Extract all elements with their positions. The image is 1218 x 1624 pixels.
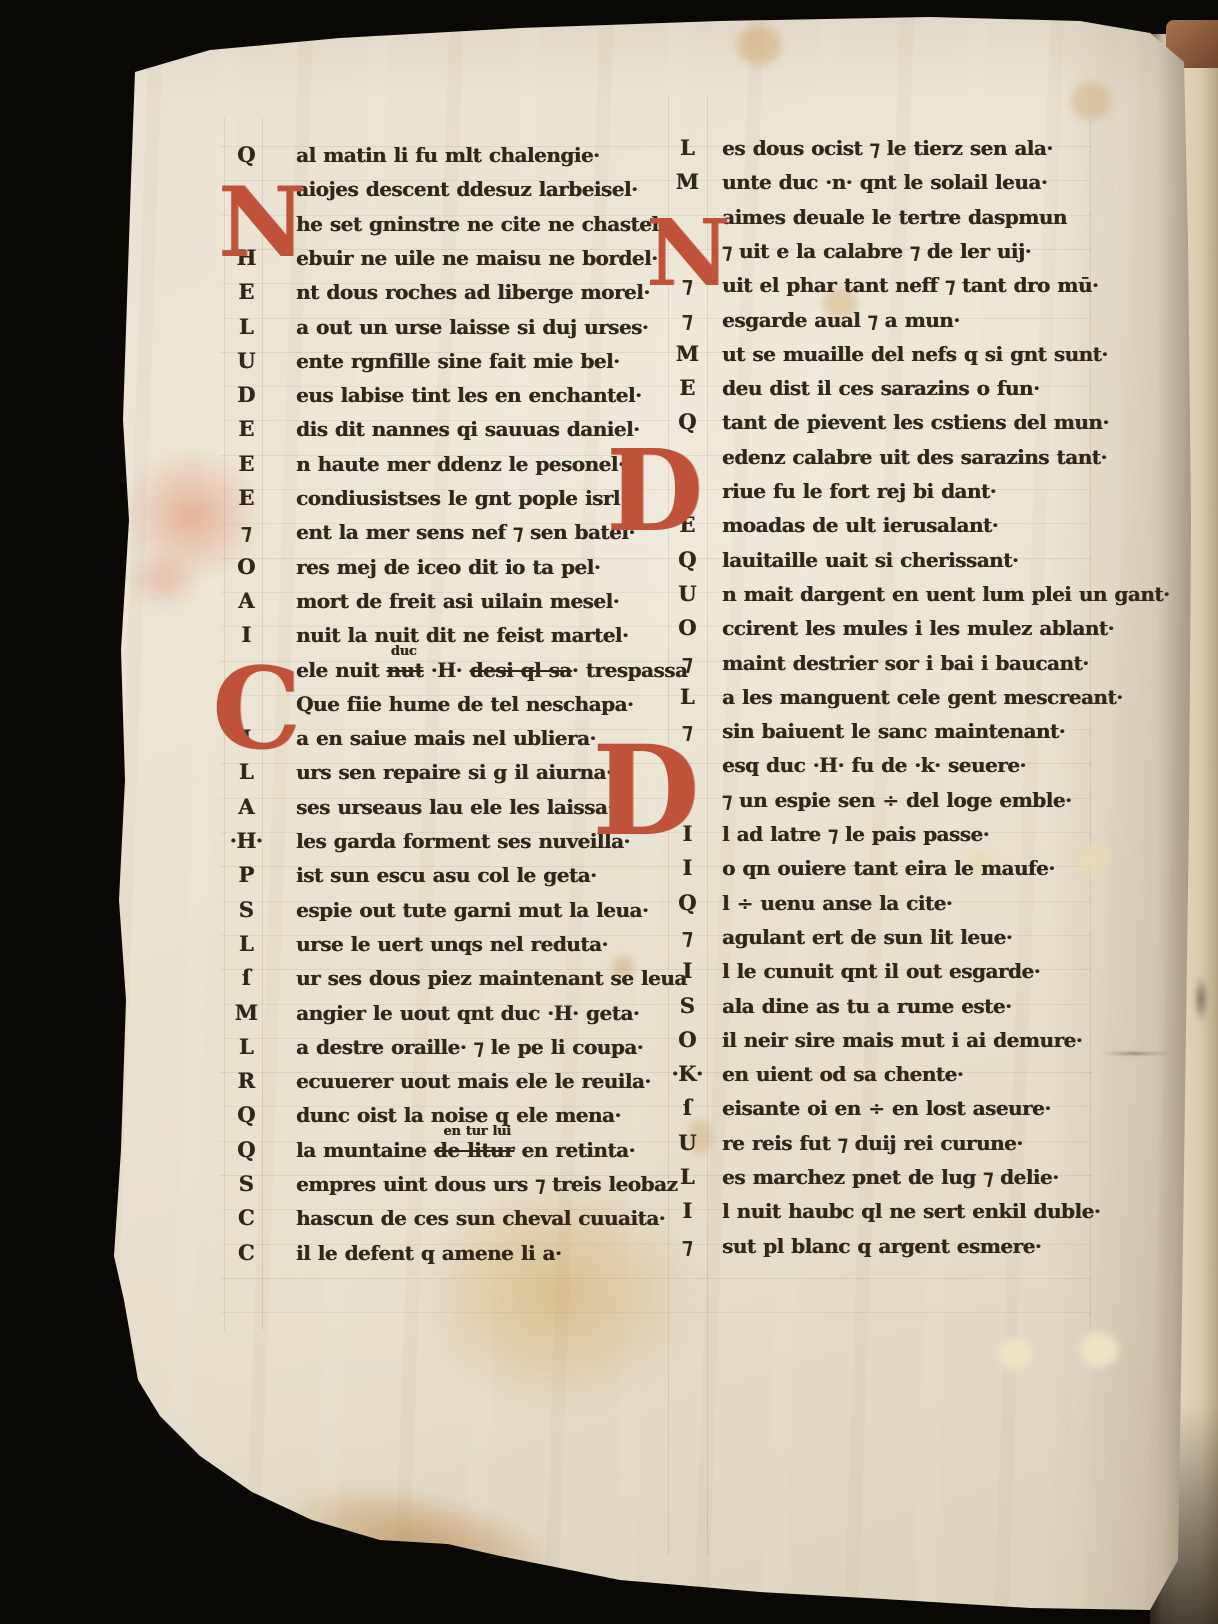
rubricated-initial: D [592,744,700,841]
photograph-background: { "page": { "description": "Medieval par… [0,0,1218,1624]
ink-showthrough-mark [1190,964,1212,1034]
manuscript-page: Qal matin li fu mlt chalengie·aiojes des… [0,0,1218,1624]
rubricated-initial: C [212,666,301,753]
rubricated-initial: N [218,186,306,261]
rubricated-initial: D [606,448,703,535]
rubricated-initial: N [646,218,730,290]
rubricated-initials-layer: NCNDD [0,0,1218,1624]
